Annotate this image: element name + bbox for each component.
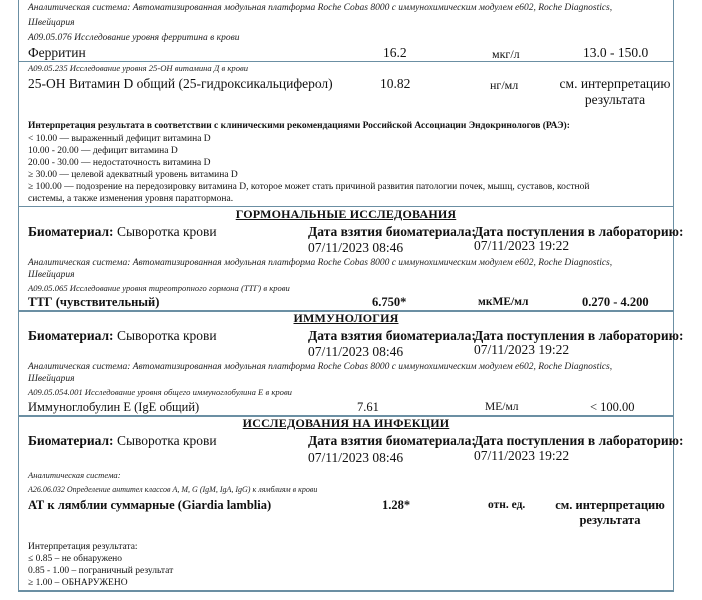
analytical-system-text-cont: Швейцария xyxy=(28,374,75,384)
collection-date: 07/11/2023 08:46 xyxy=(308,344,403,360)
section-title-immunology: ИММУНОЛОГИЯ xyxy=(18,311,674,326)
biomaterial-field: Биоматериал: Сыворотка крови xyxy=(28,224,217,240)
result-name-vitd: 25-OH Витамин D общий (25-гидроксикальци… xyxy=(28,76,333,92)
analytical-system-text: Аналитическая система: Автоматизированна… xyxy=(28,258,612,268)
biomaterial-field: Биоматериал: Сыворотка крови xyxy=(28,328,217,344)
result-reference-ige: < 100.00 xyxy=(590,400,635,415)
analytical-system-text: Аналитическая система: Автоматизированна… xyxy=(28,362,612,372)
collection-date: 07/11/2023 08:46 xyxy=(308,240,403,256)
analytical-system-text: Аналитическая система: Автоматизированна… xyxy=(28,3,612,13)
result-reference-vitd: см. интерпретацию xyxy=(555,76,675,92)
biomaterial-field: Биоматериал: Сыворотка крови xyxy=(28,433,217,449)
collection-date-label: Дата взятия биоматериала: xyxy=(308,433,476,449)
result-unit-vitd: нг/мл xyxy=(490,78,518,93)
interpretation-line: 0.85 - 1.00 – пограничный результат xyxy=(28,566,173,576)
biomaterial-value: Сыворотка крови xyxy=(117,433,217,448)
collection-date: 07/11/2023 08:46 xyxy=(308,450,403,466)
biomaterial-value: Сыворотка крови xyxy=(117,328,217,343)
interpretation-line: 20.00 - 30.00 — недостаточность витамина… xyxy=(28,158,211,168)
result-value-giardia: 1.28* xyxy=(382,498,410,513)
interpretation-line: < 10.00 — выраженный дефицит витамина D xyxy=(28,134,211,144)
test-code: A09.05.235 Исследование уровня 25-ОН вит… xyxy=(28,63,248,73)
result-reference-vitd-cont: результата xyxy=(555,92,675,108)
result-value-vitd: 10.82 xyxy=(380,76,410,92)
result-unit-ferritin: мкг/л xyxy=(492,47,520,62)
interpretation-line: ≥ 1.00 – ОБНАРУЖЕНО xyxy=(28,578,128,588)
received-date: 07/11/2023 19:22 xyxy=(474,448,569,464)
received-date: 07/11/2023 19:22 xyxy=(474,238,569,254)
test-code: A09.05.065 Исследование уровня тиреотроп… xyxy=(28,283,290,293)
result-name-tsh: ТТГ (чувствительный) xyxy=(28,295,159,310)
result-reference-giardia: см. интерпретацию xyxy=(548,498,672,513)
biomaterial-label: Биоматериал: xyxy=(28,433,114,448)
result-reference-tsh: 0.270 - 4.200 xyxy=(582,295,649,310)
collection-date-label: Дата взятия биоматериала: xyxy=(308,224,476,240)
interpretation-line: ≥ 100.00 — подозрение на передозировку в… xyxy=(28,182,589,192)
test-code: A09.05.054.001 Исследование уровня общег… xyxy=(28,387,292,397)
result-reference-ferritin: 13.0 - 150.0 xyxy=(583,45,648,61)
interpretation-line: ≥ 30.00 — целевой адекватный уровень вит… xyxy=(28,170,238,180)
result-value-ferritin: 16.2 xyxy=(383,45,407,61)
received-date-label: Дата поступления в лабораторию: xyxy=(474,433,683,449)
test-code: A26.06.032 Определение антител классов A… xyxy=(28,485,317,494)
biomaterial-label: Биоматериал: xyxy=(28,224,114,239)
section-title-hormonal: ГОРМОНАЛЬНЫЕ ИССЛЕДОВАНИЯ xyxy=(18,207,674,222)
biomaterial-value: Сыворотка крови xyxy=(117,224,217,239)
result-name-giardia: АТ к лямблии суммарные (Giardia lamblia) xyxy=(28,498,271,513)
result-name-ferritin: Ферритин xyxy=(28,45,86,61)
result-unit-ige: МЕ/мл xyxy=(485,401,518,413)
analytical-system-text-cont: Швейцария xyxy=(28,18,75,28)
result-name-ige: Иммуноглобулин E (IgE общий) xyxy=(28,400,199,415)
interpretation-line: 10.00 - 20.00 — дефицит витамина D xyxy=(28,146,178,156)
collection-date-label: Дата взятия биоматериала: xyxy=(308,328,476,344)
section-title-infections: ИССЛЕДОВАНИЯ НА ИНФЕКЦИИ xyxy=(18,416,674,431)
result-value-ige: 7.61 xyxy=(357,400,379,415)
interpretation-line: ≤ 0.85 – не обнаружено xyxy=(28,554,122,564)
interpretation-title: Интерпретация результата: xyxy=(28,542,138,552)
analytical-system-text-cont: Швейцария xyxy=(28,270,75,280)
interpretation-line: системы, а также изменения уровня паратг… xyxy=(28,194,233,204)
analytical-system-text: Аналитическая система: xyxy=(28,470,121,480)
result-value-tsh: 6.750* xyxy=(372,295,406,310)
result-unit-tsh: мкМЕ/мл xyxy=(478,296,528,308)
result-unit-giardia: отн. ед. xyxy=(488,499,525,511)
divider xyxy=(18,61,674,62)
interpretation-title: Интерпретация результата в соответствии … xyxy=(28,121,570,131)
test-code: A09.05.076 Исследование уровня ферритина… xyxy=(28,33,239,43)
received-date: 07/11/2023 19:22 xyxy=(474,342,569,358)
result-reference-giardia-cont: результата xyxy=(548,513,672,528)
biomaterial-label: Биоматериал: xyxy=(28,328,114,343)
